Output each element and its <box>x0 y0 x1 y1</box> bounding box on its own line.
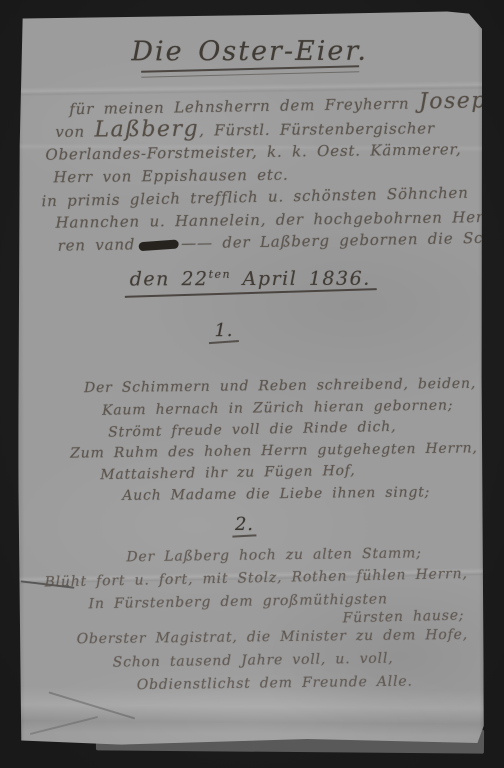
line-text: von <box>55 122 94 140</box>
paper-crease <box>30 716 98 735</box>
handwritten-line: Obdienstlichst dem Freunde Alle. <box>137 670 493 698</box>
section-number-text: 2. <box>235 514 254 535</box>
date-superscript: ten <box>209 268 232 281</box>
manuscript-page: Die Oster-Eier. für meinen Lehnsherrn de… <box>17 11 484 745</box>
dedication-paragraph: für meinen Lehnsherrn dem Freyherrn Jose… <box>53 93 463 254</box>
stanza-1: Der Schimmern und Reben schreibend, beid… <box>64 375 484 505</box>
line-text: , Fürstl. Fürstenbergischer <box>199 119 435 139</box>
section-number-2: 2. <box>224 514 264 537</box>
section-number-text: 1. <box>214 320 233 341</box>
name-lassberg: Laßberg <box>94 116 199 142</box>
title-block: Die Oster-Eier. <box>17 35 482 75</box>
name-joseph: Joseph <box>419 88 503 114</box>
date-text: den 22 <box>130 268 209 290</box>
line-text: ren vand <box>58 235 136 254</box>
handwritten-line: Auch Madame die Liebe ihnen singt; <box>122 481 484 507</box>
manuscript-photo: Die Oster-Eier. für meinen Lehnsherrn de… <box>0 0 504 768</box>
line-text: —— der Laßberg gebornen die Schönau. <box>181 228 504 253</box>
date-line: den 22ten April 1836. <box>130 268 371 291</box>
stanza-2: Der Laßberg hoch zu alten Stamm; Blüht f… <box>42 543 492 695</box>
section-number-1: 1. <box>204 320 244 343</box>
paper-crease <box>48 691 135 719</box>
section-underline <box>209 340 239 344</box>
section-underline <box>232 534 256 537</box>
ink-blot-strikethrough <box>138 239 179 251</box>
page-title: Die Oster-Eier. <box>131 36 368 68</box>
date-block: den 22ten April 1836. <box>18 267 483 295</box>
date-text: April 1836. <box>231 268 371 290</box>
line-text: für meinen Lehnsherrn dem Freyherrn <box>69 94 419 118</box>
